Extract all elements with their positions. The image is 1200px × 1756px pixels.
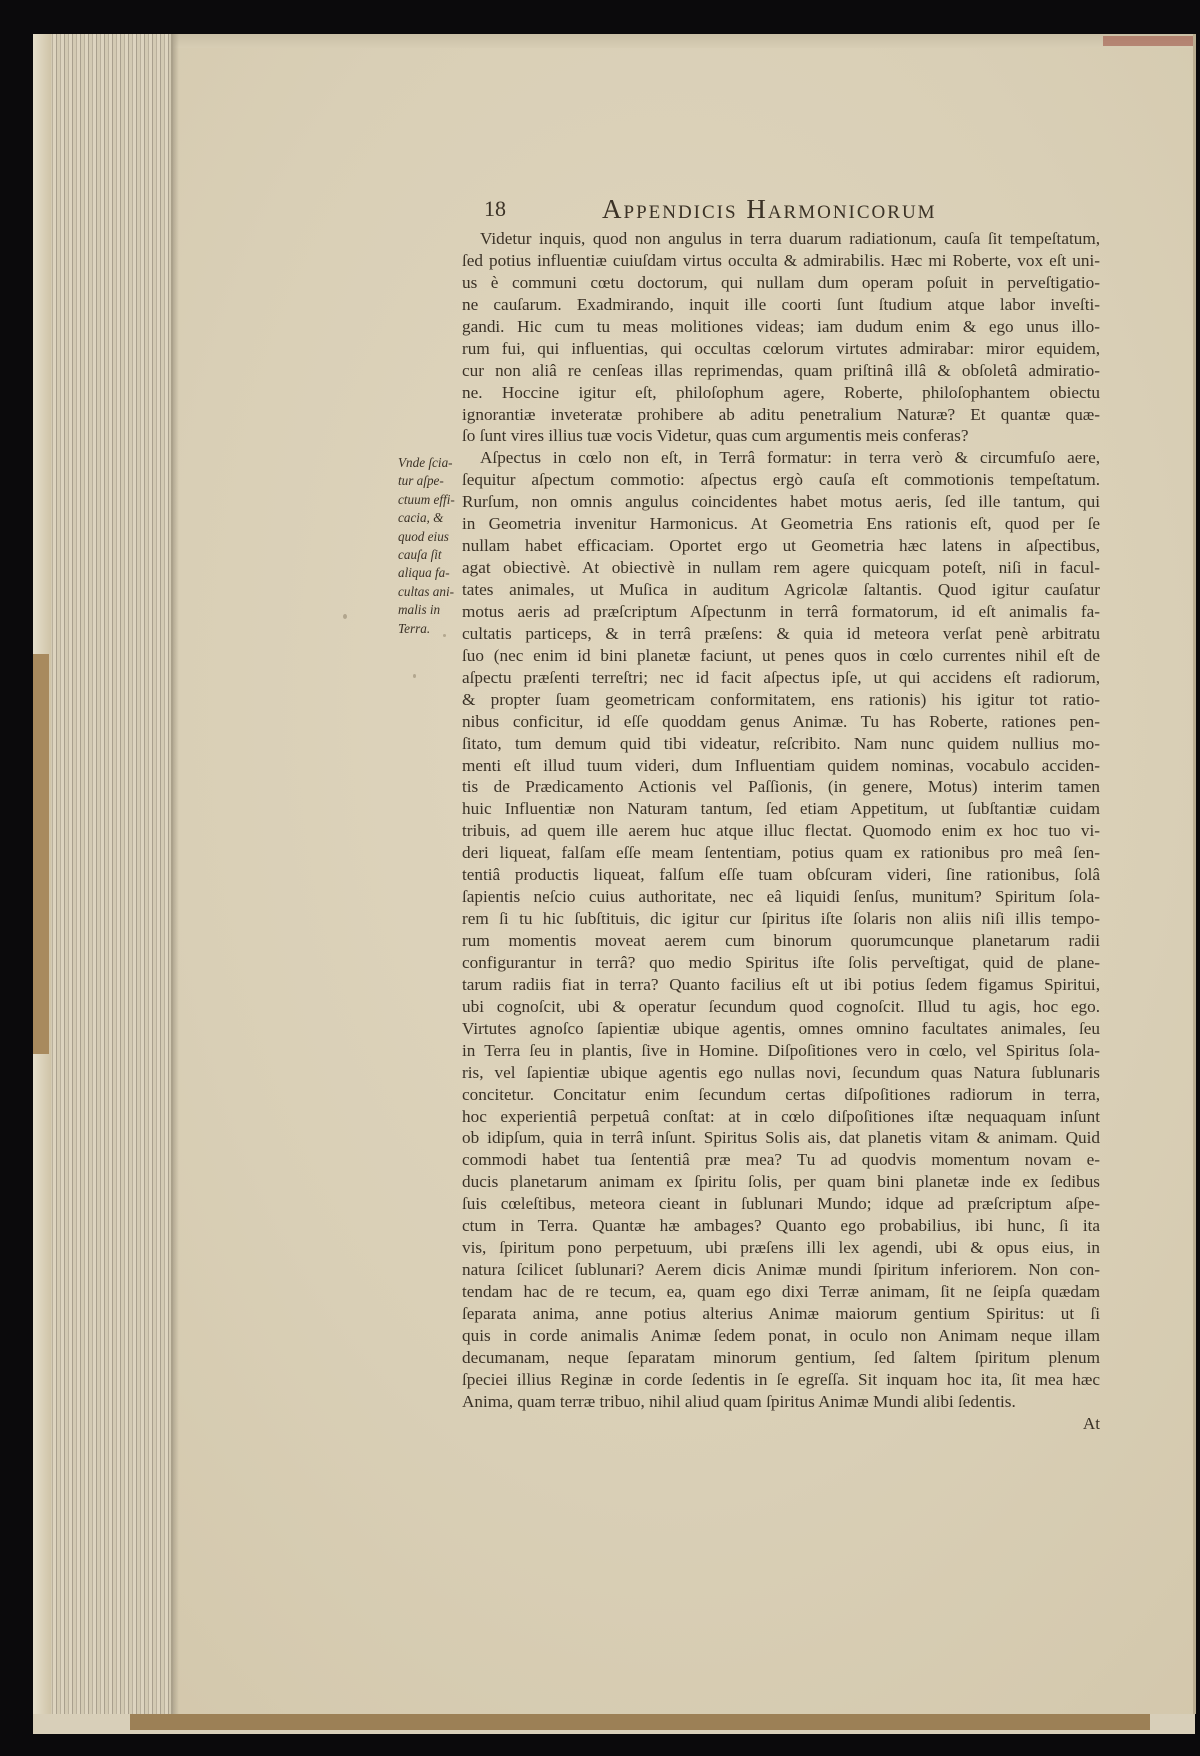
text-line: tis de Prædicamento Actionis vel Paſſion… [462, 776, 1100, 798]
text-line: cultatis particeps, & in terrâ præſens: … [462, 623, 1100, 645]
text-line: gandi. Hic cum tu meas molitiones videas… [462, 316, 1100, 338]
margin-note-line: cauſa ſit [398, 546, 458, 564]
text-line: ubi cognoſcit, ubi & operatur ſecundum q… [462, 996, 1100, 1018]
text-line: decumanam, neque ſeparatam minorum genti… [462, 1347, 1100, 1369]
text-line: ſed potius influentiæ cuiuſdam virtus oc… [462, 250, 1100, 272]
text-line: ne cauſarum. Exadmirando, inquit ille co… [462, 294, 1100, 316]
text-line: concitetur. Concitatur enim ſecundum cer… [462, 1084, 1100, 1106]
text-line: us è communi cœtu doctorum, qui nullam d… [462, 272, 1100, 294]
text-line: tates animales, ut Muſica in auditum Agr… [462, 579, 1100, 601]
text-line: nullam habet efficaciam. Oportet ergo ut… [462, 535, 1100, 557]
text-line: Virtutes agnoſco ſapientiæ ubique agenti… [462, 1018, 1100, 1040]
margin-note-line: ctuum effi- [398, 491, 458, 509]
text-line: in Terra ſeu in plantis, ſive in Homine.… [462, 1040, 1100, 1062]
text-line: ſeparata anima, anne potius alterius Ani… [462, 1303, 1100, 1325]
running-head-title: Appendicis Harmonicorum [602, 194, 937, 225]
text-line: tentiâ productis liqueat, falſum eſſe tu… [462, 864, 1100, 886]
text-line: rum momentis moveat aerem cum binorum qu… [462, 930, 1100, 952]
text-line: tarum radiis fiat in terra? Quanto facil… [462, 974, 1100, 996]
margin-note-line: malis in [398, 601, 458, 619]
text-line: ſapientis neſcio cuius authoritate, nec … [462, 886, 1100, 908]
text-line: ctum in Terra. Quantæ hæ ambages? Quanto… [462, 1215, 1100, 1237]
text-line: rem ſi tu hic ſubſtituis, dic igitur cur… [462, 908, 1100, 930]
page-stack-edge [33, 34, 173, 1714]
stack-shadow [171, 34, 179, 1714]
margin-note-line: Terra. [398, 620, 458, 638]
text-line: Rurſum, non omnis angulus coincidentes h… [462, 491, 1100, 513]
text-line: configurantur in terrâ? quo medio Spirit… [462, 952, 1100, 974]
page-top-edge [33, 34, 1193, 48]
text-line: ris, vel ſapientiæ ubique agentis ego nu… [462, 1062, 1100, 1084]
text-line: commodi habet tua ſententiâ præ mea? Tu … [462, 1149, 1100, 1171]
text-line: motus aeris ad præſcriptum Aſpectunm in … [462, 601, 1100, 623]
margin-note-line: Vnde ſcia- [398, 454, 458, 472]
text-line: vis, ſpiritum pono perpetuum, ubi præſen… [462, 1237, 1100, 1259]
text-line: natura ſcilicet ſublunari? Aerem dicis A… [462, 1259, 1100, 1281]
margin-note-line: cultas ani- [398, 583, 458, 601]
text-line: & propter ſuam geometricam conformitatem… [462, 689, 1100, 711]
text-line: ſitato, tum demum quid tibi videatur, re… [462, 733, 1100, 755]
text-line: ne. Hoccine igitur eſt, philoſophum ager… [462, 382, 1100, 404]
text-line: tendam hac de re tecum, ea, quam ego dix… [462, 1281, 1100, 1303]
foxing-spot [343, 614, 347, 619]
catchword: At [462, 1413, 1100, 1435]
text-line: nibus conficitur, id eſſe quoddam genus … [462, 711, 1100, 733]
text-line: cur non aliâ re cenſeas illas reprimenda… [462, 360, 1100, 382]
text-line: tribuis, ad quem ille aerem huc atque il… [462, 820, 1100, 842]
foxing-spot [413, 674, 416, 678]
margin-note-line: quod eius [398, 528, 458, 546]
text-line: deri liqueat, falſam eſſe meam ſententia… [462, 842, 1100, 864]
binding-tab-brown [33, 654, 49, 1054]
margin-note-line: aliqua fa- [398, 564, 458, 582]
text-line: Videtur inquis, quod non angulus in terr… [462, 228, 1100, 250]
text-line: ſequitur aſpectum commotio: aſpectus erg… [462, 469, 1100, 491]
text-line: agat obiectivè. At obiectivè in nullam r… [462, 557, 1100, 579]
running-head: 18 Appendicis Harmonicorum [484, 196, 1104, 224]
text-line: aſpectu præſenti terreſtri; nec id facit… [462, 667, 1100, 689]
text-line: ſuo (nec enim id bini planetæ faciunt, u… [462, 645, 1100, 667]
text-line: ſuis cœleſtibus, meteora cieant in ſublu… [462, 1193, 1100, 1215]
text-line: Anima, quam terræ tribuo, nihil aliud qu… [462, 1391, 1100, 1413]
red-edge-stain [1103, 36, 1193, 46]
margin-note-line: tur aſpe- [398, 472, 458, 490]
text-line: ignorantiæ inveteratæ prohibere ab aditu… [462, 404, 1100, 426]
text-line: huic Influentiæ non Naturam tantum, ſed … [462, 798, 1100, 820]
text-line: ſpeciei illius Reginæ in corde ſedentis … [462, 1369, 1100, 1391]
text-line: Aſpectus in cœlo non eſt, in Terrâ forma… [462, 447, 1100, 469]
text-line: quis in corde animalis Animæ ſedem ponat… [462, 1325, 1100, 1347]
text-line: hoc experientiâ perpetuâ conſtat: at in … [462, 1106, 1100, 1128]
body-text: Videtur inquis, quod non angulus in terr… [462, 228, 1100, 1435]
text-line: in Geometria invenitur Harmonicus. At Ge… [462, 513, 1100, 535]
page-number: 18 [484, 196, 506, 222]
text-line: ob idipſum, quia in terrâ inſunt. Spirit… [462, 1127, 1100, 1149]
text-line: ſo ſunt vires illius tuæ vocis Videtur, … [462, 425, 1100, 447]
text-line: menti eſt illud tuum videri, dum Influen… [462, 755, 1100, 777]
text-line: rum fui, qui influentias, qui occultas c… [462, 338, 1100, 360]
text-line: ducis planetarum animam ex ſpiritu ſolis… [462, 1171, 1100, 1193]
margin-note-line: cacia, & [398, 509, 458, 527]
margin-note: Vnde ſcia- tur aſpe- ctuum effi- cacia, … [398, 454, 458, 638]
